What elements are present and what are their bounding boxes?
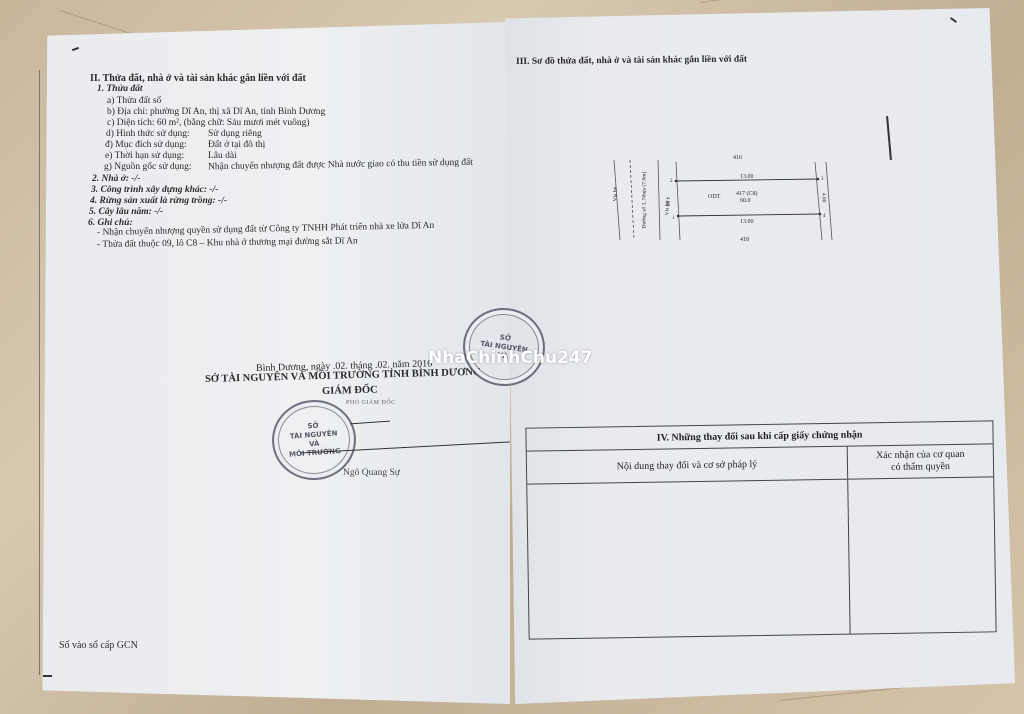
adjacent-parcel-top: 416 — [733, 153, 742, 164]
field-purpose-label: đ) Mục đích sử dụng: — [105, 140, 187, 151]
deputy-director-label: PHÓ GIÁM ĐỐC — [346, 398, 396, 409]
item-perennial-trees: 5. Cây lâu năm: -/- — [89, 207, 163, 218]
column-header-line: Xác nhận của cơ quan — [876, 449, 965, 462]
field-purpose-value: Đất ở tại đô thị — [208, 140, 265, 151]
field-area: c) Diện tích: 60 m², (bằng chữ: Sáu mươi… — [107, 118, 310, 129]
field-usage-form-label: d) Hình thức sử dụng: — [106, 129, 190, 140]
column-header-line: có thẩm quyền — [891, 461, 950, 474]
item-other-construction: 3. Công trình xây dựng khác: -/- — [91, 185, 218, 196]
section-ii-title: II. Thửa đất, nhà ở và tài sản khác gắn … — [90, 73, 306, 84]
edge-length-right: 4.00 — [817, 193, 828, 203]
item-house: 2. Nhà ở: -/- — [92, 174, 140, 185]
corner-3: 3 — [821, 174, 824, 185]
item-production-forest: 4. Rừng sản xuất là rừng trồng: -/- — [90, 196, 227, 207]
changes-table-body — [527, 477, 995, 638]
seal-text: MÔI TRƯỜNG — [289, 447, 341, 460]
watermark-text: NhaChinhChu247 — [428, 348, 593, 368]
page-border-line — [39, 70, 40, 675]
certificate-registry-number-label: Số vào sổ cấp GCN — [59, 640, 138, 651]
corner-1: 1 — [672, 213, 675, 224]
sidewalk-label-left: Vỉa hè — [611, 187, 622, 202]
background-marble — [700, 0, 878, 3]
adjacent-parcel-bottom: 418 — [740, 235, 749, 246]
parcel-area: 60.0 — [740, 196, 751, 207]
edge-length-bottom: 13.00 — [740, 217, 754, 228]
field-address: b) Địa chỉ: phường Dĩ An, thị xã Dĩ An, … — [107, 107, 325, 118]
field-parcel-number: a) Thửa đất số — [107, 96, 161, 107]
edge-length-top: 13.00 — [740, 172, 754, 183]
field-origin-label: g) Nguồn gốc sử dụng: — [104, 162, 191, 173]
field-term-value: Lâu dài — [208, 151, 237, 162]
road-label: Đường số 3, Nhựa (7.0m) — [640, 172, 651, 229]
changes-table: IV. Những thay đổi sau khi cấp giấy chứn… — [525, 420, 996, 639]
corner-2: 2 — [670, 176, 673, 187]
column-header-change-content: Nội dung thay đổi và cơ sở pháp lý — [527, 447, 848, 484]
signer-title: GIÁM ĐỐC — [322, 385, 378, 397]
parcel-diagram: 416 418 13.00 13.00 ODT 417 (C8) 60.0 4.… — [600, 148, 840, 248]
subsection-land-parcel: 1. Thửa đất — [97, 84, 143, 95]
crop-mark — [43, 675, 52, 677]
change-content-cell — [527, 480, 850, 639]
land-use-code: ODT — [708, 192, 720, 203]
field-term-label: e) Thời hạn sử dụng: — [105, 151, 184, 162]
field-usage-form-value: Sử dụng riêng — [208, 129, 262, 140]
corner-4: 4 — [823, 211, 826, 222]
signer-name: Ngô Quang Sự — [343, 468, 400, 479]
column-header-authority-confirmation: Xác nhận của cơ quan có thẩm quyền — [848, 444, 993, 478]
